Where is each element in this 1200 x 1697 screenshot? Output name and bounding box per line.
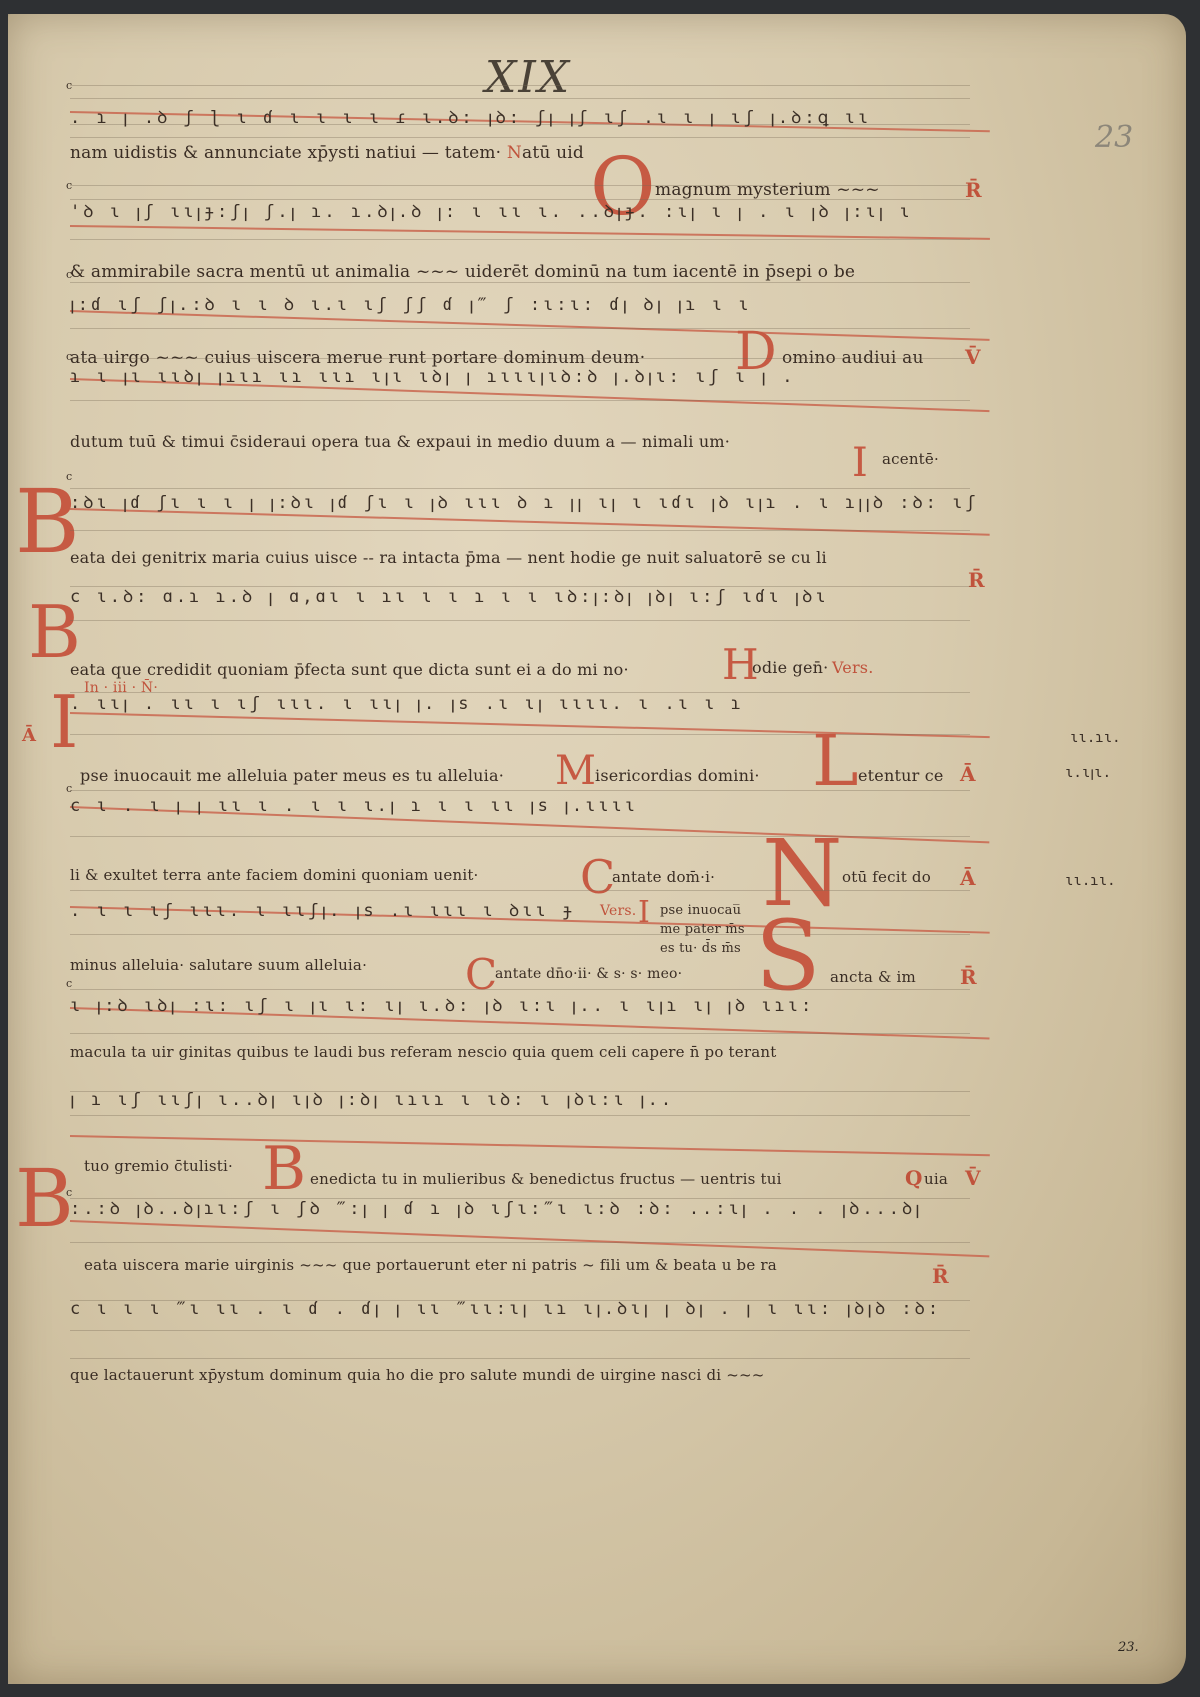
staff-line [70,692,970,693]
responsory-cue: R̄ [968,568,985,592]
lyric-line: minus alleluia· salutare suum alleluia· [70,956,367,974]
staff-line [70,358,970,359]
clef-mark: c [66,470,72,483]
initial-B: B [262,1134,306,1204]
clef-mark: c [66,782,72,795]
antiphon-cue: Ā [22,725,36,746]
initial-B: B [15,1152,74,1245]
staff-line [70,85,970,86]
clef-mark: c [66,350,72,363]
staff-line [70,1358,970,1359]
lyric-text: etentur ce [858,766,944,785]
lyric-text: antate dom̄·i· [612,868,715,886]
lyric-text: ancta & im [830,968,916,986]
lyric-text: enedicta tu in mulieribus & benedictus f… [310,1170,782,1188]
folio-roman-numeral: XIX [485,52,571,103]
initial-I: I [852,440,868,486]
neume-line: . ɿ ꞁ .ꝺ ʃ ɭ ɩ ɗ ɩ ɩ ɩ ɩ ɾ ɩ.ꝺ: ꞁꝺ: ʃꞁ ꞁ… [70,105,871,128]
staff-line [70,790,970,791]
lyric-line: macula ta uir ginitas quibus te laudi bu… [70,1043,776,1061]
staff-line [70,98,970,99]
folio-stamp-number: 23. [1118,1640,1139,1655]
neume-line: :.:ꝺ ꞁꝺ..ꝺꞁɿɩ:ʃ ɩ ʃꝺ ‴:ꞁ ꞁ ɗ ɿ ꞁꝺ ɩʃɩ:‴ɩ… [70,1196,923,1219]
antiphon-cue: Ā [960,762,976,786]
lyric-text: atū uid [522,143,584,163]
lyric-line: & ammirabile sacra mentū ut animalia ~~~… [70,262,855,282]
staff-line [70,400,970,401]
neume-line: ɩ ꞁ:ꝺ ɩꝺꞁ :ɩ: ɩʃ ɩ ꞁɩ ɩ: ɩꞁ ɩ.ꝺ: ꞁꝺ ɩ:ɩ … [70,993,814,1016]
marginal-line: pse inuocau̅ [660,903,741,918]
lyric-line: dutum tuū & timui c̄sideraui opera tua &… [70,432,730,451]
rubric-letter: Q [905,1166,922,1190]
lyric-line: nam uidistis & annunciate xp̄ysti natiui… [70,143,584,163]
lyric-text: otū fecit do [842,868,931,886]
initial-M: M [555,748,596,794]
versicle-cue: V̄ [965,1166,981,1190]
lyric-line: li & exultet terra ante faciem domini qu… [70,866,479,884]
antiphon-cue: Ā [960,866,976,890]
versicle-cue: V̄ [965,345,981,369]
staff-line [70,620,970,621]
staff-line [70,239,970,240]
lyric-text: magnum mysterium ~~~ [655,180,880,200]
neume-line: c ɩ.ꝺ: ɑ.ɿ ɿ.ꝺ ꞁ ɑ,ɑɩ ɩ ɿɩ ɩ ɩ ɿ ɩ ɩ ɩꝺ:… [70,584,829,607]
staff-line [70,488,970,489]
neume-line: ɿ ɩ ꞁɩ ɩɩꝺꞁ ꞁɿɩɿ ɩɿ ɩɩɿ ɩꞁɩ ɩꝺꞁ ꞁ ɿɩɩɩꞁɩ… [70,364,795,387]
folio-pencil-number: 23 [1095,120,1133,155]
staff-line [70,328,970,329]
lyric-text: odie gen̄· [752,658,828,677]
lyric-line: que lactauerunt xp̄ystum dominum quia ho… [70,1366,765,1384]
neume-line: c ɩ ɩ ɩ ‴ɩ ɩɩ . ɩ ɗ . ɗꞁ ꞁ ɩɩ ‴ɩɩ:ɩꞁ ɩɿ … [70,1296,941,1319]
marginal-line: es tu· d̄s m̄s [660,941,741,956]
lyric-line: eata dei genitrix maria cuius uisce -- r… [70,548,827,567]
lyric-text: antate dn̄o·ii· & s· s· meo· [495,966,682,982]
neume-line: ꞁ:ɗ ɩʃ ʃꞁ.:ꝺ ɩ ɩ ꝺ ɩ.ɩ ɩʃ ʃʃ ɗ ꞁ‴ ʃ :ɩ:ɩ… [70,292,751,315]
staff-line [70,137,970,138]
responsory-cue: R̄ [932,1264,949,1288]
neume-line: 'ꝺ ɩ ꞁʃ ɩɩꞁɟ:ʃꞁ ʃ.ꞁ ɿ. ɿ.ꝺꞁ.ꝺ ꞁ: ɩ ɩɩ ɩ.… [70,199,913,222]
neume-line: ꞁ ɿ ɩʃ ɩɩʃꞁ ɩ..ꝺꞁ ɩꞁꝺ ꞁ:ꝺꞁ ɩɿɩɿ ɩ ɩꝺ: ɩ … [70,1087,674,1110]
marginal-line: me pater m̄s [660,922,745,937]
neume-line: . ɩɩꞁ . ɩɩ ɩ ɩʃ ɩɩɩ. ɩ ɩɩꞁ ꞁ. ꞁs .ɩ ɩꞁ ɩ… [70,694,744,714]
staff-line [70,1033,970,1034]
lyric-line: pse inuocauit me alleluia pater meus es … [80,766,504,785]
marginal-neume: ɩ.ɩꞁɩ. [1065,765,1111,781]
neume-line: c ɩ . ɩ ꞁ ꞁ ɩɩ ɩ . ɩ ɩ ɩ.ꞁ ɿ ɩ ɩ ɩɩ ꞁs ꞁ… [70,796,638,816]
rubric-letter: N [507,143,522,163]
initial-C: C [580,850,615,904]
lyric-text: isericordias domini· [595,766,760,785]
staff-line [70,530,970,531]
initial-I: I [638,895,650,930]
staff-line [70,890,970,891]
lyric-line: eata que credidit quoniam p̄fecta sunt q… [70,660,629,679]
lyric-line: tuo gremio c̄tulisti· [84,1157,233,1175]
initial-C: C [465,950,497,999]
lyric-line: eata uiscera marie uirginis ~~~ que port… [84,1256,777,1274]
staff-line [70,1330,970,1331]
lyric-text: acentē· [882,450,939,468]
rubric-vers: Vers. [600,903,636,919]
neume-line: :ꝺɩ ꞁɗ ʃɩ ɩ ɩ ꞁ ꞁ:ꝺɩ ꞁɗ ʃɩ ɩ ꞁꝺ ɩɩɩ ꝺ ɿ … [70,490,979,513]
marginal-neume: ɩɩ.ɿɩ. [1070,730,1121,746]
lyric-text: nam uidistis & annunciate xp̄ysti natiui… [70,143,507,163]
neume-line: . ɩ ɩ ɩʃ ɩɩɩ. ɩ ɩɩʃꞁ. ꞁs .ɩ ɩɩɩ ɩ ꝺɩɩ ɟ [70,898,575,921]
staff-line [70,1242,970,1243]
staff-line [70,989,970,990]
rubric-vers: Vers. [832,658,874,677]
clef-mark: c [66,268,72,281]
staff-line [70,934,970,935]
lyric-text: uia [924,1170,948,1188]
responsory-cue: R̄ [960,965,977,989]
marginal-neume: ɩɩ.ɿɩ. [1065,873,1116,889]
staff-line [70,282,970,283]
staff-line [70,185,970,186]
staff-line [70,1115,970,1116]
